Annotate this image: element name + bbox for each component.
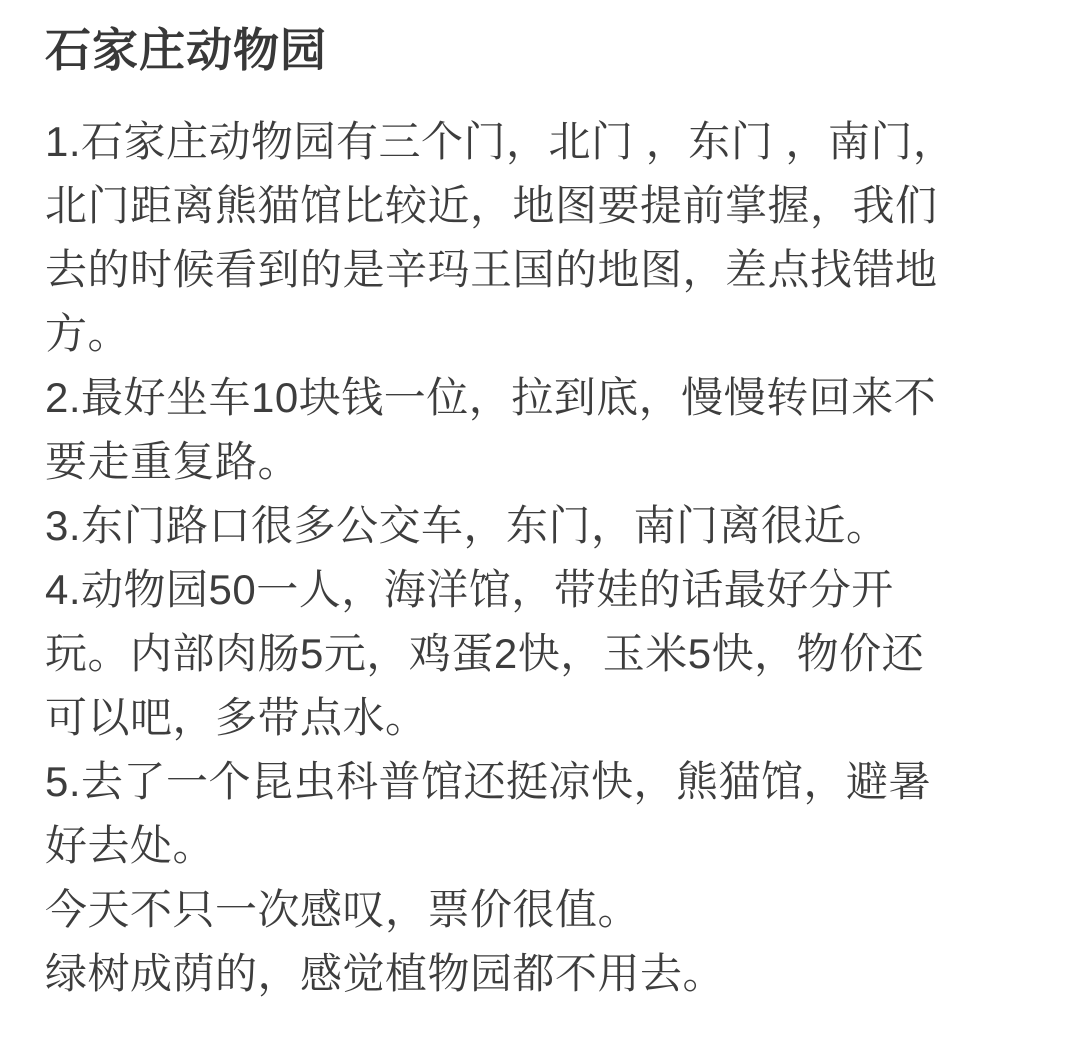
note-body: 1.石家庄动物园有三个门，北门 ，东门 ，南门， 北门距离熊猫馆比较近，地图要提… bbox=[45, 110, 1033, 1006]
text-line: 玩。内部肉肠5元，鸡蛋2快，玉米5快，物价还 bbox=[45, 622, 1033, 686]
note-title: 石家庄动物园 bbox=[45, 20, 1033, 80]
note-page: 石家庄动物园 1.石家庄动物园有三个门，北门 ，东门 ，南门， 北门距离熊猫馆比… bbox=[0, 0, 1075, 1058]
text-line: 去的时候看到的是辛玛王国的地图，差点找错地 bbox=[45, 238, 1033, 302]
text-line: 4.动物园50一人，海洋馆，带娃的话最好分开 bbox=[45, 558, 1033, 622]
text-line: 1.石家庄动物园有三个门，北门 ，东门 ，南门， bbox=[45, 110, 1033, 174]
text-line: 3.东门路口很多公交车，东门，南门离很近。 bbox=[45, 494, 1033, 558]
text-line: 要走重复路。 bbox=[45, 430, 1033, 494]
text-line: 北门距离熊猫馆比较近，地图要提前掌握，我们 bbox=[45, 174, 1033, 238]
text-line: 可以吧，多带点水。 bbox=[45, 686, 1033, 750]
text-line: 5.去了一个昆虫科普馆还挺凉快，熊猫馆，避暑 bbox=[45, 750, 1033, 814]
text-line: 绿树成荫的，感觉植物园都不用去。 bbox=[45, 942, 1033, 1006]
text-line: 好去处。 bbox=[45, 814, 1033, 878]
text-line: 今天不只一次感叹，票价很值。 bbox=[45, 878, 1033, 942]
text-line: 2.最好坐车10块钱一位，拉到底，慢慢转回来不 bbox=[45, 366, 1033, 430]
text-line: 方。 bbox=[45, 302, 1033, 366]
